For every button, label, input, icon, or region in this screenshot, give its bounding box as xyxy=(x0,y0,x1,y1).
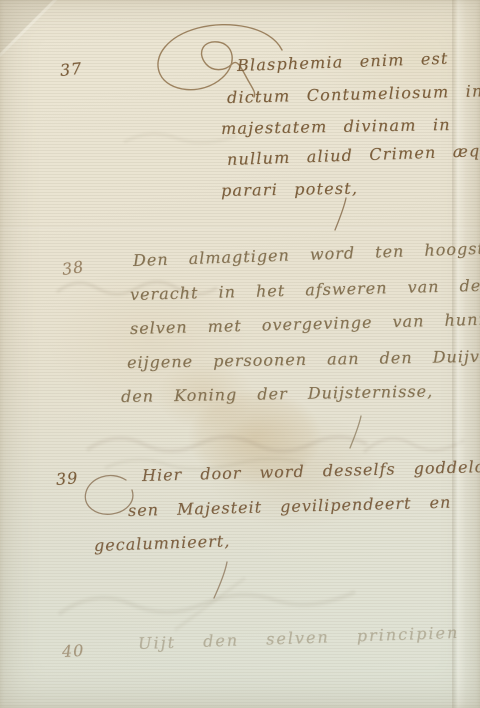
manuscript-line: Den almagtigen word ten hoogsten xyxy=(133,240,480,269)
manuscript-line: selven met overgevinge van hunne xyxy=(130,311,480,337)
paragraph-number: 39 xyxy=(55,470,79,488)
comma-flourish xyxy=(212,560,230,600)
manuscript-line: den Koning der Duijsternisse, xyxy=(121,384,433,405)
manuscript-line: dictum Contumeliosum in xyxy=(227,83,480,106)
paragraph-number: 37 xyxy=(59,61,83,79)
manuscript-line: Uijt den selven principien xyxy=(138,625,460,652)
manuscript-line: nullum aliud Crimen æqui xyxy=(227,143,480,168)
manuscript-line: majestatem divinam in xyxy=(221,117,451,137)
comma-flourish xyxy=(348,414,364,450)
paragraph-number: 40 xyxy=(62,643,85,660)
manuscript-line: eijgene persoonen aan den Duijvel xyxy=(127,349,480,371)
fold-crease-top-left xyxy=(0,0,110,110)
fold-crease-horizontal xyxy=(0,226,480,230)
manuscript-page: 37 Blasphemia enim est dictum Contumelio… xyxy=(0,0,480,708)
manuscript-line: sen Majesteit gevilipendeert en xyxy=(128,495,452,519)
paragraph-number: 38 xyxy=(61,259,85,278)
manuscript-line: Hier door word desselfs goddeloo, xyxy=(142,459,480,484)
manuscript-line: Blasphemia enim est xyxy=(237,51,449,74)
comma-flourish xyxy=(333,196,349,232)
manuscript-line: veracht in het afsweren van den xyxy=(130,278,480,303)
show-through-mark xyxy=(55,570,365,634)
manuscript-line: gecalumnieert, xyxy=(94,533,231,554)
